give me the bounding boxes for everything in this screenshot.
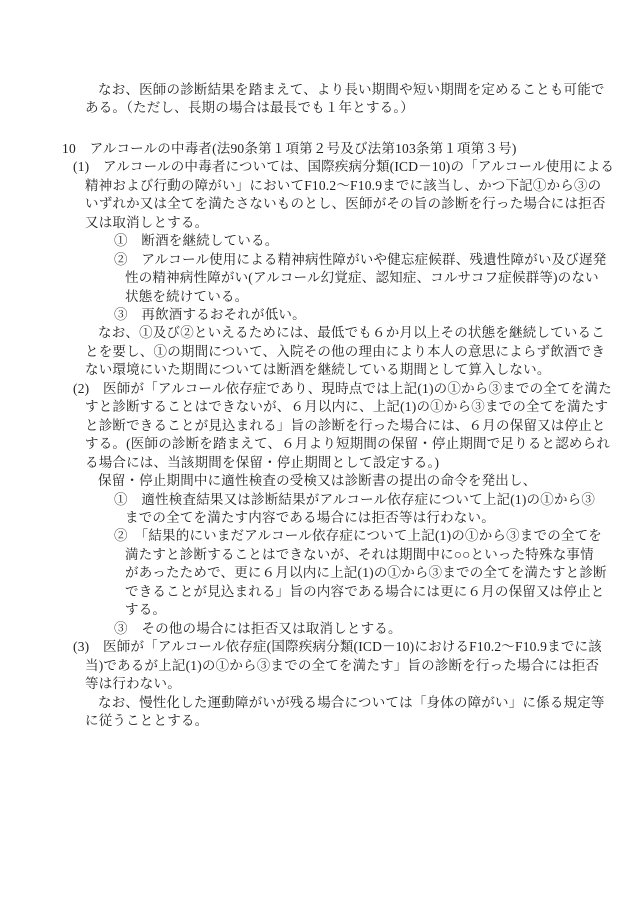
circled-item-line: ① 断酒を継続している。: [62, 232, 590, 250]
circled-item-continuation-line: 満たすと診断することはできないが、それは期間中に○○といった特殊な事情: [62, 546, 590, 564]
note-line: なお、慢性化した運動障がいが残る場合については「身体の障がい」に係る規定等: [62, 694, 590, 712]
circled-item-line: ② 「結果的にいまだアルコール依存症について上記(1)の①から③までの全てを: [62, 527, 590, 545]
document-page: なお、医師の診断結果を踏まえて、より長い期間や短い期間を定めることも可能である。…: [0, 0, 630, 903]
numbered-item-line: (3) 医師が「アルコール依存症(国際疾病分類(ICD－10)におけるF10.2…: [62, 638, 590, 656]
circled-item-line: ③ 再飲酒するおそれが低い。: [62, 306, 590, 324]
paragraph-line: る場合には、当該期間を保留・停止期間として設定する。): [62, 454, 590, 472]
numbered-item-line: (2) 医師が「アルコール依存症であり、現時点では上記(1)の①から③までの全て…: [62, 380, 590, 398]
paragraph-line: すと診断することはできないが、６月以内に、上記(1)の①から③までの全てを満たす: [62, 398, 590, 416]
circled-item-continuation-line: までの全てを満たす内容である場合には拒否等は行わない。: [62, 509, 590, 527]
paragraph-line: 精神および行動の障がい」においてF10.2～F10.9までに該当し、かつ下記①か…: [62, 177, 590, 195]
note-line: なお、医師の診断結果を踏まえて、より長い期間や短い期間を定めることも可能で: [62, 81, 590, 99]
paragraph-line: ある。（ただし、長期の場合は最長でも１年とする。）: [62, 99, 590, 117]
document-text-body: なお、医師の診断結果を踏まえて、より長い期間や短い期間を定めることも可能である。…: [62, 81, 590, 730]
circled-item-line: ② アルコール使用による精神病性障がいや健忘症候群、残遺性障がい及び遅発: [62, 251, 590, 269]
circled-item-line: ③ その他の場合には拒否又は取消しとする。: [62, 620, 590, 638]
paragraph-line: 等は行わない。: [62, 675, 590, 693]
paragraph-line: 又は取消しとする。: [62, 214, 590, 232]
paragraph-line: する。(医師の診断を踏まえて、６月より短期間の保留・停止期間で足りると認められ: [62, 435, 590, 453]
paragraph-line: 当)であるが上記(1)の①から③までの全てを満たす」旨の診断を行った場合には拒否: [62, 657, 590, 675]
paragraph-line: とを要し、①の期間について、入院その他の理由により本人の意思によらず飲酒でき: [62, 343, 590, 361]
circled-item-continuation-line: があったためで、更に６月以内に上記(1)の①から③までの全てを満たすと診断: [62, 564, 590, 582]
paragraph-line: と診断できることが見込まれる」旨の診断を行った場合には、６月の保留又は停止と: [62, 417, 590, 435]
paragraph-line: ない環境にいた期間については断酒を継続している期間として算入しない。: [62, 361, 590, 379]
circled-item-continuation-line: 性の精神病性障がい(アルコール幻覚症、認知症、コルサコフ症候群等)のない: [62, 269, 590, 287]
paragraph-line: に従うこととする。: [62, 712, 590, 730]
paragraph-line: いずれか又は全てを満たさないものとし、医師がその旨の診断を行った場合には拒否: [62, 195, 590, 213]
note-line: なお、①及び②といえるためには、最低でも６か月以上その状態を継続しているこ: [62, 324, 590, 342]
numbered-item-line: (1) アルコールの中毒者については、国際疾病分類(ICD－10)の「アルコール…: [62, 158, 590, 176]
circled-item-continuation-line: できることが見込まれる」旨の内容である場合には更に６月の保留又は停止と: [62, 583, 590, 601]
circled-item-continuation-line: する。: [62, 601, 590, 619]
circled-item-continuation-line: 状態を続けている。: [62, 288, 590, 306]
circled-item-line: ① 適性検査結果又は診断結果がアルコール依存症について上記(1)の①から③: [62, 491, 590, 509]
section-heading: 10 アルコールの中毒者(法90条第１項第２号及び法第103条第１項第３号): [62, 140, 590, 158]
note-line: 保留・停止期間中に適性検査の受検又は診断書の提出の命令を発出し、: [62, 472, 590, 490]
